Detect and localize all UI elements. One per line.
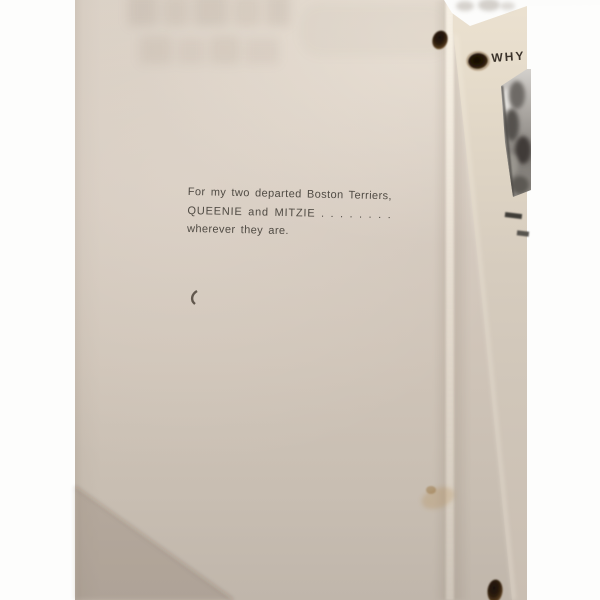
- ghost-text-blob: [194, 0, 228, 26]
- ghost-text-blob: [266, 0, 290, 26]
- torn-paper-fragment: [500, 2, 515, 10]
- ghost-text-blob: [245, 38, 279, 64]
- ghost-text-blob: [233, 0, 261, 26]
- chapter-heading: WHY: [491, 49, 526, 65]
- ghost-text-blob: [163, 0, 189, 26]
- ghost-text-blob: [140, 36, 172, 64]
- ghost-text-blob: [210, 36, 240, 64]
- ghost-text-blob: [177, 38, 205, 64]
- page-gutter-shadow: [434, 0, 446, 600]
- book-photo: WHY For my two departed Boston Terriers,…: [0, 0, 600, 600]
- torn-paper-fragment: [456, 1, 474, 11]
- dedication-text: For my two departed Boston Terriers, QUE…: [187, 183, 408, 243]
- ghost-text-blob: [300, 4, 450, 56]
- page-fold-highlight: [446, 0, 454, 600]
- ghost-text-blob: [128, 0, 158, 26]
